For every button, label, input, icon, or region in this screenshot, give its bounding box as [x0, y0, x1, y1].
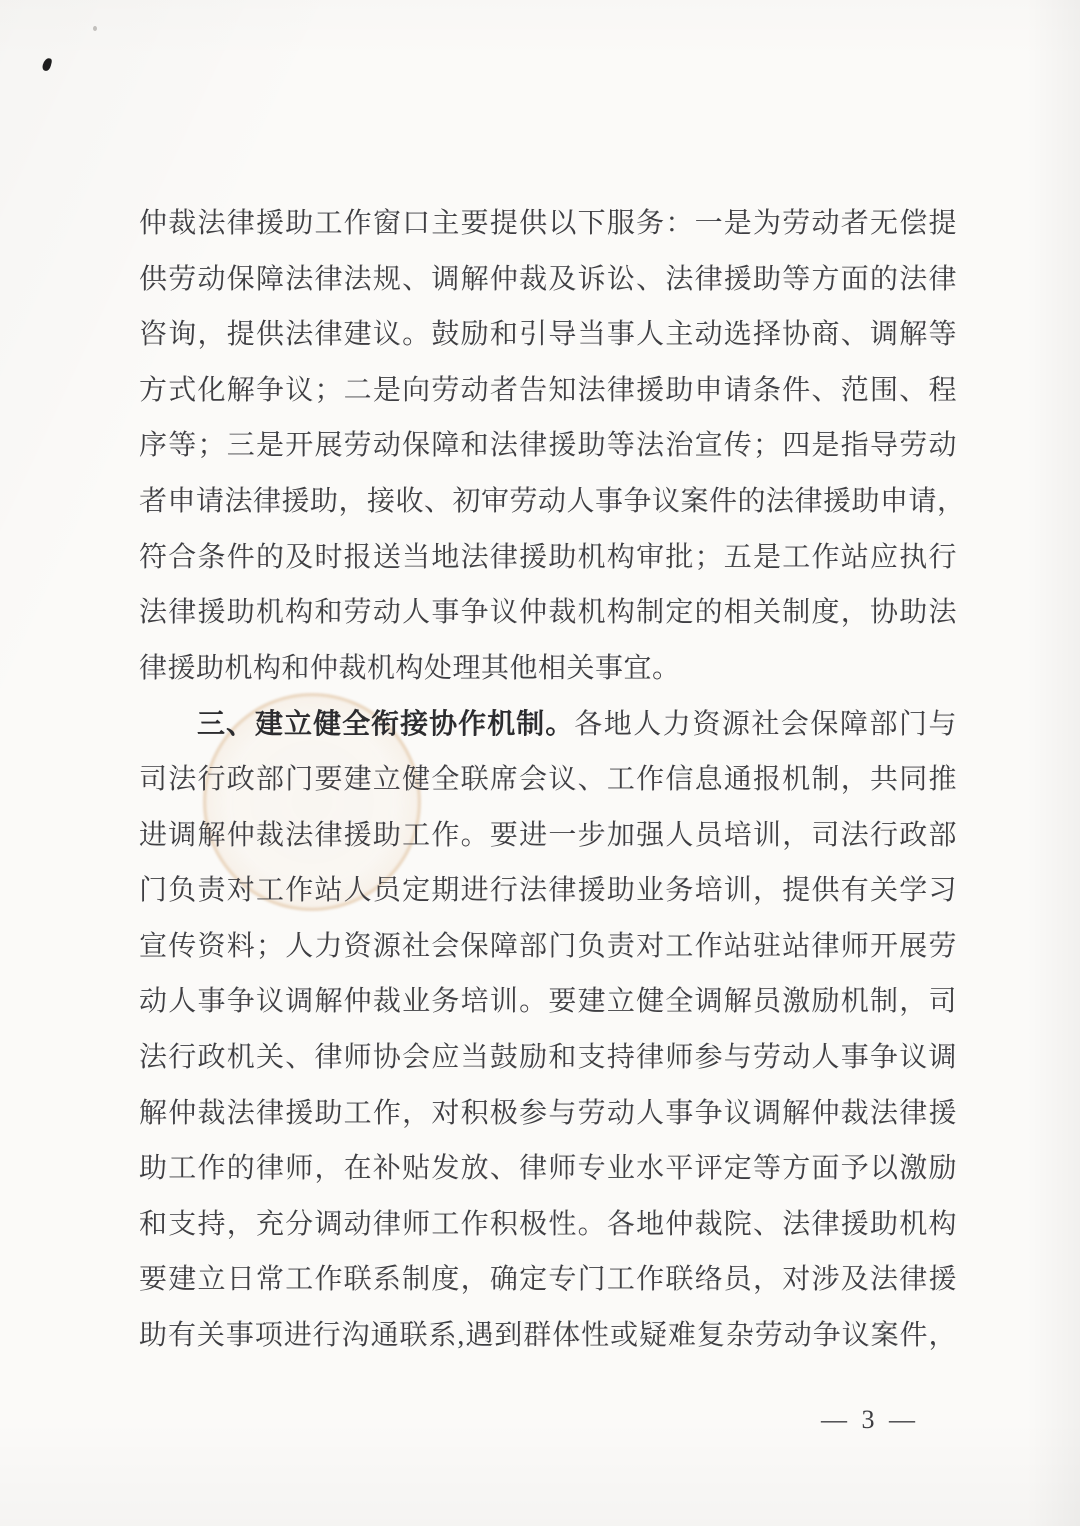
text-line: 助有关事项进行沟通联系,遇到群体性或疑难复杂劳动争议案件，: [139, 1308, 957, 1364]
section-heading: 三、建立健全衔接协作机制。: [197, 708, 574, 739]
text-line: 仲裁法律援助工作窗口主要提供以下服务：一是为劳动者无偿提: [139, 196, 957, 252]
text-line-paragraph-end: 律援助机构和仲裁机构处理其他相关事宜。: [139, 641, 957, 697]
text-line: 和支持，充分调动律师工作积极性。各地仲裁院、法律援助机构: [139, 1197, 957, 1253]
text-line: 门负责对工作站人员定期进行法律援助业务培训，提供有关学习: [139, 863, 957, 919]
page-number: — 3 —: [810, 1398, 930, 1442]
text-line: 宣传资料；人力资源社会保障部门负责对工作站驻站律师开展劳: [139, 919, 957, 975]
text-line: 进调解仲裁法律援助工作。要进一步加强人员培训，司法行政部: [139, 808, 957, 864]
text-line: 司法行政部门要建立健全联席会议、工作信息通报机制，共同推: [139, 752, 957, 808]
section-heading-line: 三、建立健全衔接协作机制。各地人力资源社会保障部门与: [139, 696, 957, 752]
section-heading-rest: 各地人力资源社会保障部门与: [574, 709, 957, 740]
text-line: 法行政机关、律师协会应当鼓励和支持律师参与劳动人事争议调: [139, 1030, 957, 1086]
dust-speck: [93, 26, 97, 31]
scanned-document-page: 仲裁法律援助工作窗口主要提供以下服务：一是为劳动者无偿提 供劳动保障法律法规、调…: [0, 0, 1080, 1526]
text-line: 动人事争议调解仲裁业务培训。要建立健全调解员激励机制，司: [139, 974, 957, 1030]
text-line: 者申请法律援助，接收、初审劳动人事争议案件的法律援助申请，: [139, 474, 957, 530]
text-line: 符合条件的及时报送当地法律援助机构审批；五是工作站应执行: [139, 530, 957, 586]
ink-speck: [42, 57, 53, 72]
text-line: 供劳动保障法律法规、调解仲裁及诉讼、法律援助等方面的法律: [139, 252, 957, 308]
document-body: 仲裁法律援助工作窗口主要提供以下服务：一是为劳动者无偿提 供劳动保障法律法规、调…: [139, 196, 957, 1363]
text-line: 方式化解争议；二是向劳动者告知法律援助申请条件、范围、程: [139, 363, 957, 419]
text-line: 助工作的律师，在补贴发放、律师专业水平评定等方面予以激励: [139, 1141, 957, 1197]
text-line: 要建立日常工作联系制度，确定专门工作联络员，对涉及法律援: [139, 1252, 957, 1308]
text-line: 咨询，提供法律建议。鼓励和引导当事人主动选择协商、调解等: [139, 307, 957, 363]
text-line: 序等；三是开展劳动保障和法律援助等法治宣传；四是指导劳动: [139, 418, 957, 474]
text-line: 法律援助机构和劳动人事争议仲裁机构制定的相关制度，协助法: [139, 585, 957, 641]
text-line: 解仲裁法律援助工作，对积极参与劳动人事争议调解仲裁法律援: [139, 1086, 957, 1142]
